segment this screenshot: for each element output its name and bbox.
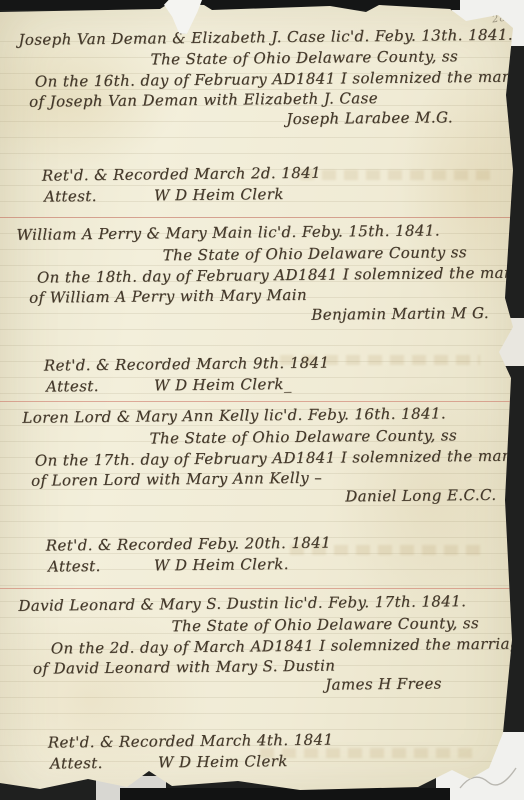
recorded-line: Ret'd. & Recorded March 4th. 1841 xyxy=(48,730,334,753)
attest-label: Attest. xyxy=(50,753,103,774)
couple-line: of David Leonard with Mary S. Dustin xyxy=(33,656,336,679)
recorded-line: Ret'd. & Recorded March 2d. 1841 xyxy=(42,163,321,186)
couple-line: of William A Perry with Mary Main xyxy=(29,285,307,308)
section-divider-rule xyxy=(0,401,518,402)
officiant-signature: Daniel Long E.C.C. xyxy=(345,485,496,507)
solemnization-line: On the 18th. day of February AD1841 I so… xyxy=(37,262,524,287)
state-county-line: The State of Ohio Delaware County ss xyxy=(163,242,467,265)
license-line: William A Perry & Mary Main lic'd. Feby.… xyxy=(16,220,440,244)
officiant-signature: Benjamin Martin M G. xyxy=(311,303,489,325)
clerk-signature: W D Heim Clerk xyxy=(154,184,284,205)
solemnization-line: On the 17th. day of February AD1841 I so… xyxy=(35,445,524,470)
attest-label: Attest. xyxy=(46,376,99,397)
clerk-signature: W D Heim Clerk. xyxy=(154,554,289,575)
state-county-line: The State of Ohio Delaware County, ss xyxy=(151,46,459,69)
recorded-line: Ret'd. & Recorded March 9th. 1841 xyxy=(44,353,330,376)
clerk-signature: W D Heim Clerk_ xyxy=(154,374,292,395)
license-line: David Leonard & Mary S. Dustin lic'd. Fe… xyxy=(18,591,466,616)
ink-bleed-through xyxy=(300,170,490,180)
officiant-signature: James H Frees xyxy=(325,673,442,694)
solemnization-line: On the 2d. day of March AD1841 I solemni… xyxy=(51,633,524,658)
book-gutter-bottom xyxy=(120,788,450,800)
license-line: Loren Lord & Mary Ann Kelly lic'd. Feby.… xyxy=(22,403,446,427)
state-county-line: The State of Ohio Delaware County, ss xyxy=(171,613,479,636)
attest-label: Attest. xyxy=(48,556,101,577)
section-divider-rule xyxy=(0,217,518,218)
officiant-signature: Joseph Larabee M.G. xyxy=(286,107,453,129)
couple-line: of Loren Lord with Mary Ann Kelly – xyxy=(31,468,322,491)
section-divider-rule xyxy=(0,588,518,589)
state-county-line: The State of Ohio Delaware County, ss xyxy=(149,425,457,448)
recorded-line: Ret'd. & Recorded Feby. 20th. 1841 xyxy=(46,533,332,556)
paper-sheet: 283 Joseph Van Deman & Elizabeth J. Case… xyxy=(0,0,524,800)
solemnization-line: On the 16th. day of February AD1841 I so… xyxy=(35,66,524,91)
attest-label: Attest. xyxy=(44,186,97,207)
clerk-signature: W D Heim Clerk xyxy=(158,751,288,772)
